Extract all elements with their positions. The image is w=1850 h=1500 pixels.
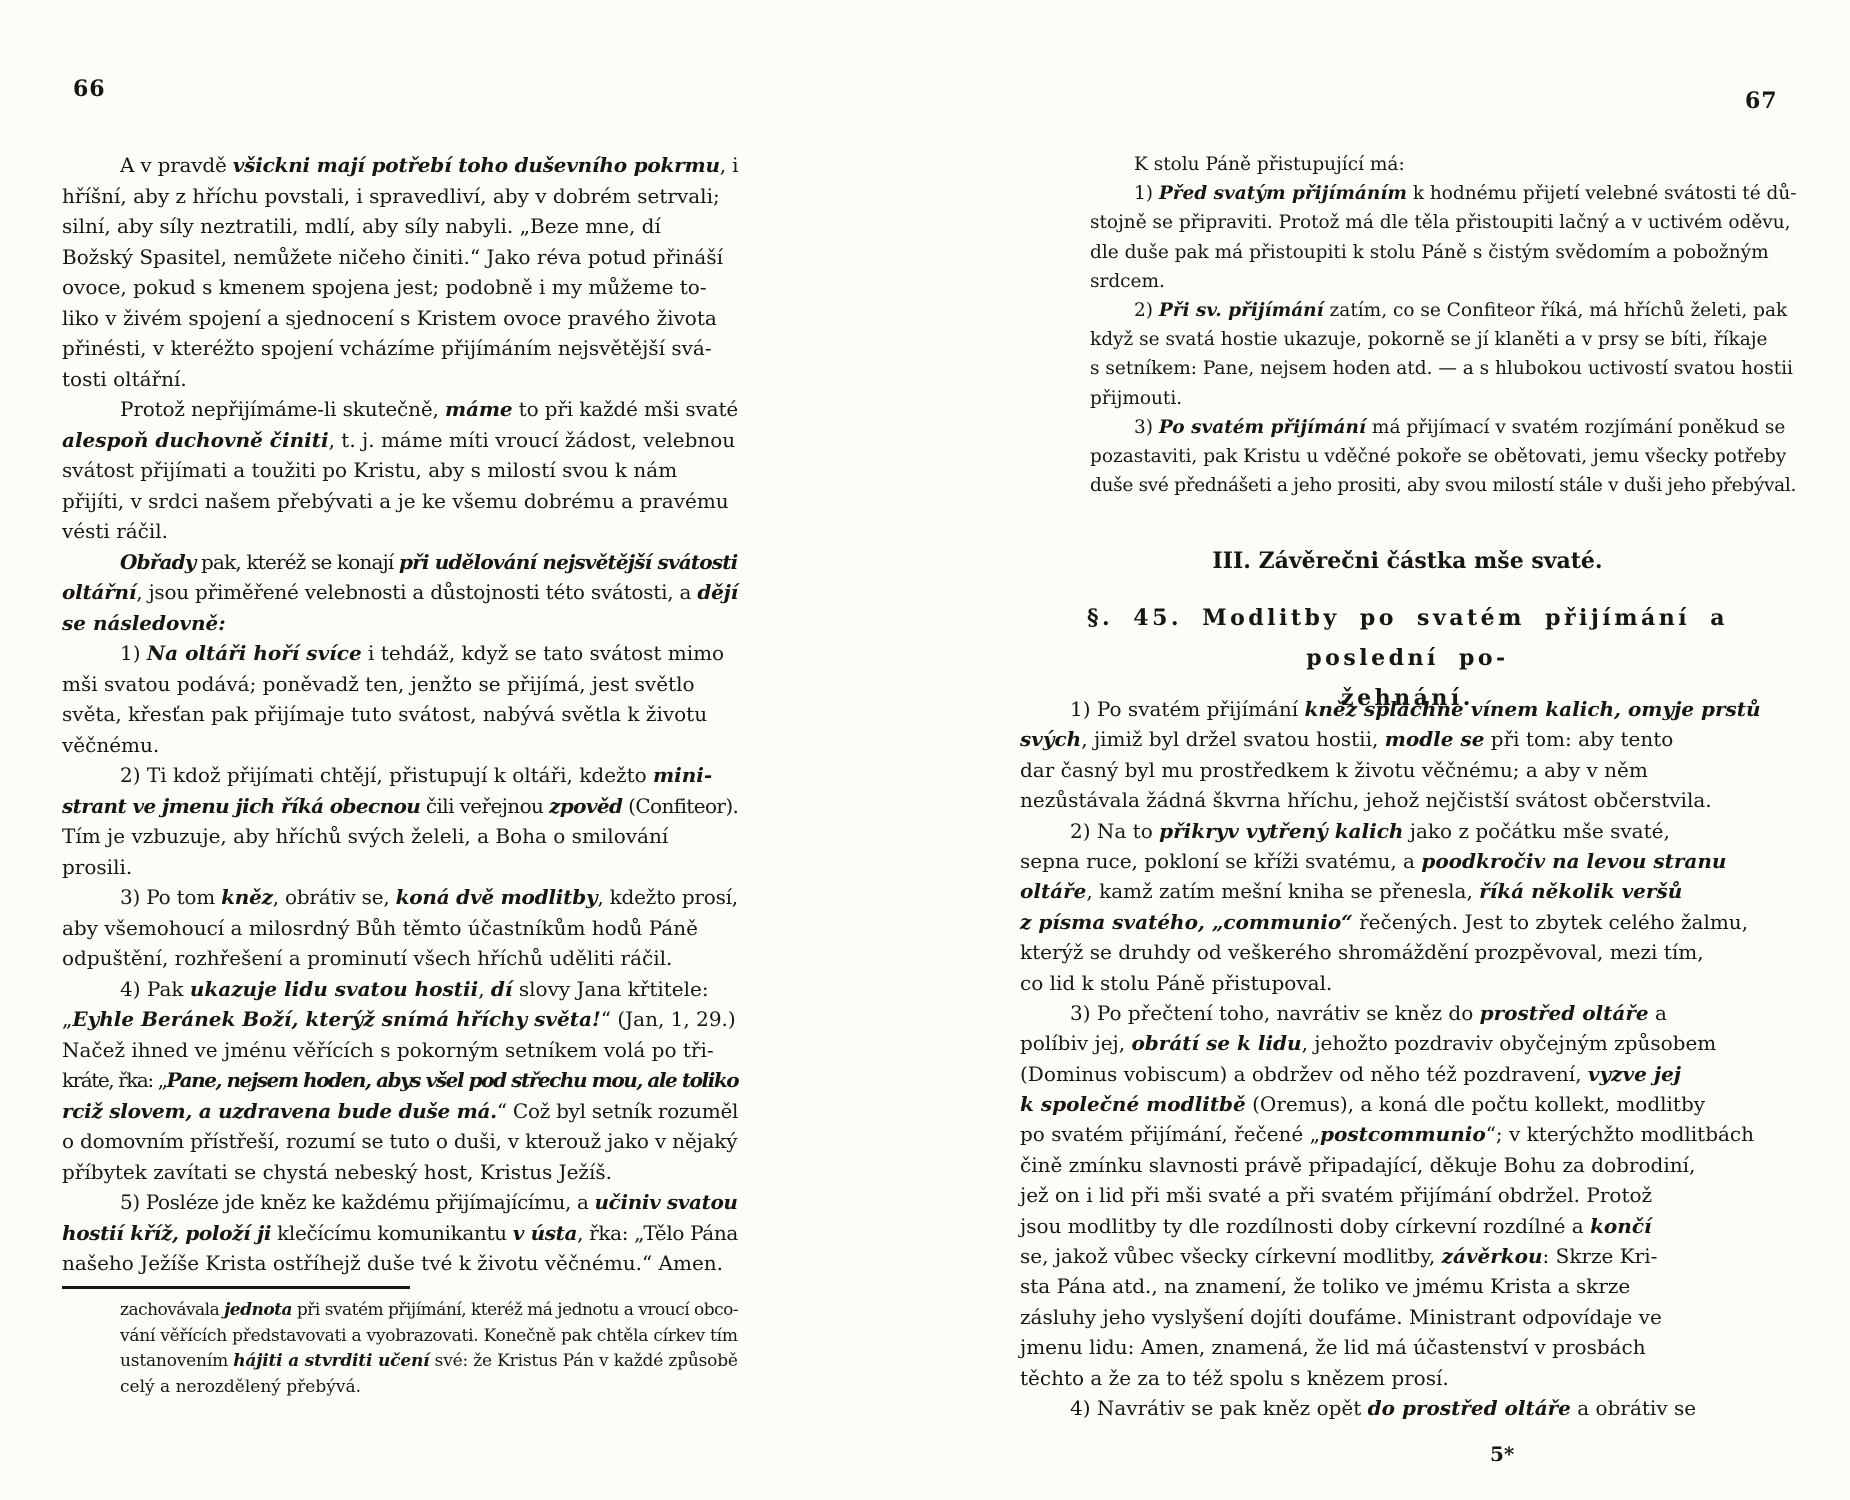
text-line: sta Pána atd., na znamení, že toliko ve …	[1020, 1271, 1795, 1301]
emphasis-text: máme	[445, 397, 512, 421]
text-line: svých, jimiž byl držel svatou hostii, mo…	[1020, 724, 1795, 754]
text-line: mši svatou podává; poněvadž ten, jenžto …	[62, 669, 738, 700]
emphasis-text: přikryv vytřený kalich	[1159, 819, 1403, 843]
text-line: 3) Po tom kněz, obrátiv se, koná dvě mod…	[62, 882, 738, 913]
emphasis-text: hájiti a stvrditi učení	[233, 1351, 429, 1371]
text-line: 3) Po svatém přijímání má přijímací v sv…	[1090, 413, 1796, 442]
text-line: dar časný byl mu prostředkem k životu vě…	[1020, 755, 1795, 785]
text-line: liko v živém spojení a sjednocení s Kris…	[62, 303, 738, 334]
emphasis-text: Obřady	[120, 550, 196, 574]
text-line: s setníkem: Pane, nejsem hoden atd. — a …	[1090, 354, 1796, 383]
text-line: 2) Při sv. přijímání zatím, co se Confit…	[1090, 296, 1796, 325]
text-line: „Eyhle Beránek Boží, kterýž snímá hříchy…	[62, 1004, 738, 1035]
emphasis-text: Před svatým přijímáním	[1159, 183, 1407, 204]
text-line: strant ve jmenu jich říká obecnou čili v…	[62, 791, 738, 822]
text-line: dle duše pak má přistoupiti k stolu Páně…	[1090, 238, 1796, 267]
text-line: 4) Navrátiv se pak kněz opět do prostřed…	[1020, 1393, 1795, 1423]
text-line: vání věřících představovati a vyobrazova…	[120, 1324, 738, 1350]
emphasis-text: učiniv svatou	[595, 1190, 738, 1214]
text-line: vésti ráčil.	[62, 516, 738, 547]
paragraph: 5) Posléze jde kněz ke každému přijímají…	[62, 1187, 738, 1279]
left-page-footnote: zachovávala jednota při svatém přijímání…	[120, 1298, 738, 1400]
emphasis-text: alespoň duchovně činiti	[62, 428, 329, 452]
emphasis-text: do prostřed oltáře	[1368, 1396, 1571, 1420]
text-line: políbiv jej, obrátí se k lidu, jehožto p…	[1020, 1028, 1795, 1058]
text-line: Protož nepřijímáme-li skutečně, máme to …	[62, 394, 738, 425]
text-line: kráte, řka: „Pane, nejsem hoden, abys vš…	[62, 1065, 738, 1096]
text-line: jmenu lidu: Amen, znamená, že lid má úča…	[1020, 1332, 1795, 1362]
text-line: se, jakož vůbec všecky církevní modlitby…	[1020, 1241, 1795, 1271]
text-line: ovoce, pokud s kmenem spojena jest; podo…	[62, 272, 738, 303]
text-line: 1) Na oltáři hoří svíce i tehdáž, když s…	[62, 638, 738, 669]
paragraph: 3) Po přečtení toho, navrátiv se kněz do…	[1020, 998, 1795, 1393]
text-line: oltářní, jsou přiměřené velebnosti a důs…	[62, 577, 738, 608]
emphasis-text: v ústa	[513, 1221, 577, 1245]
text-line: těchto a že za to též spolu s knězem pro…	[1020, 1363, 1795, 1393]
text-line: 1) Po svatém přijímání kněz spláchne vín…	[1020, 694, 1795, 724]
text-line: pozastaviti, pak Kristu u vděčné pokoře …	[1090, 442, 1796, 471]
text-line: hříšní, aby z hříchu povstali, i spraved…	[62, 181, 738, 212]
text-line: 1) Před svatým přijímáním k hodnému přij…	[1090, 179, 1796, 208]
text-line: světa, křesťan pak přijímaje tuto svátos…	[62, 699, 738, 730]
text-line: co lid k stolu Páně přistupoval.	[1020, 968, 1795, 998]
text-line: rciž slovem, a uzdravena bude duše má.“ …	[62, 1096, 738, 1127]
text-line: stojně se připraviti. Protož má dle těla…	[1090, 208, 1796, 237]
emphasis-text: poodkročiv na levou stranu	[1421, 849, 1726, 873]
emphasis-text: Na oltáři hoří svíce	[147, 641, 362, 665]
emphasis-text: postcommunio	[1320, 1122, 1486, 1146]
emphasis-text: ukazuje lidu svatou hostii	[190, 977, 478, 1001]
text-line: věčnému.	[62, 730, 738, 761]
text-line: srdcem.	[1090, 267, 1796, 296]
emphasis-text: končí	[1590, 1214, 1652, 1238]
paragraph: A v pravdě všickni mají potřebí toho duš…	[62, 150, 738, 394]
emphasis-text: modle se	[1385, 727, 1485, 751]
text-line: o domovním přístřeší, rozumí se tuto o d…	[62, 1126, 738, 1157]
emphasis-text: všickni mají potřebí toho duševního pokr…	[233, 153, 720, 177]
emphasis-text: Po svatém přijímání	[1159, 417, 1366, 438]
text-line: přinésti, v kteréžto spojení vcházíme př…	[62, 333, 738, 364]
paragraph: Protož nepřijímáme-li skutečně, máme to …	[62, 394, 738, 547]
emphasis-text: dějí	[697, 580, 738, 604]
text-line: jež on i lid při mši svaté a při svatém …	[1020, 1180, 1795, 1210]
emphasis-text: dí	[491, 977, 513, 1001]
right-page-body-text: 1) Po svatém přijímání kněz spláchne vín…	[1020, 694, 1795, 1423]
paragraph: 3) Po tom kněz, obrátiv se, koná dvě mod…	[62, 882, 738, 974]
emphasis-text: říká několik veršů	[1479, 879, 1682, 903]
text-line: z písma svatého, „communio“ řečených. Je…	[1020, 907, 1795, 937]
book-spread: 66 67 A v pravdě všickni mají potřebí to…	[0, 0, 1850, 1500]
footnote-divider	[62, 1286, 410, 1289]
paragraph: 4) Navrátiv se pak kněz opět do prostřed…	[1020, 1393, 1795, 1423]
emphasis-text: závěrkou	[1442, 1244, 1543, 1268]
emphasis-text: prostřed oltáře	[1480, 1001, 1649, 1025]
emphasis-text: hostií kříž, položí ji	[62, 1221, 271, 1245]
text-line: sepna ruce, pokloní se kříži svatému, a …	[1020, 846, 1795, 876]
emphasis-text: vyzve jej	[1588, 1062, 1681, 1086]
text-line: oltáře, kamž zatím mešní kniha se přenes…	[1020, 876, 1795, 906]
text-line: K stolu Páně přistupující má:	[1090, 150, 1796, 179]
emphasis-text: svých	[1020, 727, 1081, 751]
right-page-summary-text: K stolu Páně přistupující má:1) Před sva…	[1090, 150, 1796, 500]
text-line: přijíti, v srdci našem přebývati a je ke…	[62, 486, 738, 517]
text-line: když se svatá hostie ukazuje, pokorně se…	[1090, 325, 1796, 354]
text-line: 4) Pak ukazuje lidu svatou hostii, dí sl…	[62, 974, 738, 1005]
paragraph: Obřady pak, kteréž se konají při udělová…	[62, 547, 738, 639]
paragraph: 4) Pak ukazuje lidu svatou hostii, dí sl…	[62, 974, 738, 1188]
text-line: 3) Po přečtení toho, navrátiv se kněz do…	[1020, 998, 1795, 1028]
text-line: Načež ihned ve jménu věřících s pokorným…	[62, 1035, 738, 1066]
emphasis-text: oltáře	[1020, 879, 1086, 903]
text-line: silní, aby síly neztratili, mdlí, aby sí…	[62, 211, 738, 242]
emphasis-text: Při sv. přijímání	[1159, 300, 1324, 321]
emphasis-text: koná dvě modlitby	[396, 885, 598, 909]
emphasis-text: při udělování nejsvětější svátosti	[399, 550, 737, 574]
text-line: 2) Na to přikryv vytřený kalich jako z p…	[1020, 816, 1795, 846]
page-number-left: 66	[73, 76, 106, 102]
text-line: svátost přijímati a toužiti po Kristu, a…	[62, 455, 738, 486]
emphasis-text: oltářní	[62, 580, 136, 604]
text-line: zachovávala jednota při svatém přijímání…	[120, 1298, 738, 1324]
text-line: příbytek zavítati se chystá nebeský host…	[62, 1157, 738, 1188]
emphasis-text: Eyhle Beránek Boží, kterýž snímá hříchy …	[72, 1007, 600, 1031]
emphasis-text: strant ve jmenu jich říká obecnou	[62, 794, 420, 818]
text-line: kterýž se druhdy od veškerého shromážděn…	[1020, 937, 1795, 967]
text-line: A v pravdě všickni mají potřebí toho duš…	[62, 150, 738, 181]
paragraph: 2) Při sv. přijímání zatím, co se Confit…	[1090, 296, 1796, 413]
text-line: 5) Posléze jde kněz ke každému přijímají…	[62, 1187, 738, 1218]
emphasis-text: obrátí se k lidu	[1131, 1031, 1301, 1055]
emphasis-text: mini-	[653, 763, 712, 787]
emphasis-text: k společné modlitbě	[1020, 1092, 1246, 1116]
text-line: po svatém přijímání, řečené „postcommuni…	[1020, 1119, 1795, 1149]
paragraph: 3) Po svatém přijímání má přijímací v sv…	[1090, 413, 1796, 501]
page-number-right: 67	[1745, 88, 1778, 114]
text-line: alespoň duchovně činiti, t. j. máme míti…	[62, 425, 738, 456]
text-line: Obřady pak, kteréž se konají při udělová…	[62, 547, 738, 578]
text-line: jsou modlitby ty dle rozdílnosti doby cí…	[1020, 1211, 1795, 1241]
emphasis-text: kněz	[221, 885, 273, 909]
text-line: přijmouti.	[1090, 384, 1796, 413]
paragraph: zachovávala jednota při svatém přijímání…	[120, 1298, 738, 1400]
paragraph: K stolu Páně přistupující má:	[1090, 150, 1796, 179]
section-heading-line-1: §. 45. Modlitby po svatém přijímání a po…	[1020, 598, 1795, 678]
text-line: celý a nerozdělený přebývá.	[120, 1375, 738, 1401]
text-line: (Dominus vobiscum) a obdržev od něho též…	[1020, 1059, 1795, 1089]
emphasis-text: z písma svatého, „communio“	[1020, 910, 1353, 934]
text-line: nezůstávala žádná škvrna hříchu, jehož n…	[1020, 785, 1795, 815]
text-line: k společné modlitbě (Oremus), a koná dle…	[1020, 1089, 1795, 1119]
text-line: aby všemohoucí a milosrdný Bůh těmto úča…	[62, 913, 738, 944]
text-line: Božský Spasitel, nemůžete ničeho činiti.…	[62, 242, 738, 273]
emphasis-text: zpověd	[549, 794, 622, 818]
text-line: Tím je vzbuzuje, aby hříchů svých želeli…	[62, 821, 738, 852]
paragraph: 2) Ti kdož přijímati chtějí, přistupují …	[62, 760, 738, 882]
text-line: zásluhy jeho vyslyšení dojíti doufáme. M…	[1020, 1302, 1795, 1332]
emphasis-text: jednota	[224, 1300, 292, 1320]
paragraph: 1) Na oltáři hoří svíce i tehdáž, když s…	[62, 638, 738, 760]
emphasis-text: Pane, nejsem hoden, abys všel pod střech…	[167, 1068, 739, 1092]
text-line: se následovně:	[62, 608, 738, 639]
text-line: čině zmínku slavnosti právě připadající,…	[1020, 1150, 1795, 1180]
text-line: prosili.	[62, 852, 738, 883]
emphasis-text: se následovně:	[62, 611, 226, 635]
paragraph: 1) Před svatým přijímáním k hodnému přij…	[1090, 179, 1796, 296]
text-line: 2) Ti kdož přijímati chtějí, přistupují …	[62, 760, 738, 791]
chapter-heading: III. Závěrečni částka mše svaté.	[1020, 546, 1795, 576]
left-page-body-text: A v pravdě všickni mají potřebí toho duš…	[62, 150, 738, 1279]
emphasis-text: kněz spláchne vínem kalich, omyje prstů	[1305, 697, 1761, 721]
emphasis-text: rciž slovem, a uzdravena bude duše má.	[62, 1099, 497, 1123]
paragraph: 1) Po svatém přijímání kněz spláchne vín…	[1020, 694, 1795, 816]
text-line: hostií kříž, položí ji klečícímu komunik…	[62, 1218, 738, 1249]
text-line: duše své přednášeti a jeho prositi, aby …	[1090, 471, 1796, 500]
signature-mark: 5*	[1490, 1442, 1514, 1466]
text-line: odpuštění, rozhřešení a prominutí všech …	[62, 943, 738, 974]
text-line: tosti oltářní.	[62, 364, 738, 395]
paragraph: 2) Na to přikryv vytřený kalich jako z p…	[1020, 816, 1795, 998]
text-line: ustanovením hájiti a stvrditi učení své:…	[120, 1349, 738, 1375]
text-line: našeho Ježíše Krista ostříhejž duše tvé …	[62, 1248, 738, 1279]
